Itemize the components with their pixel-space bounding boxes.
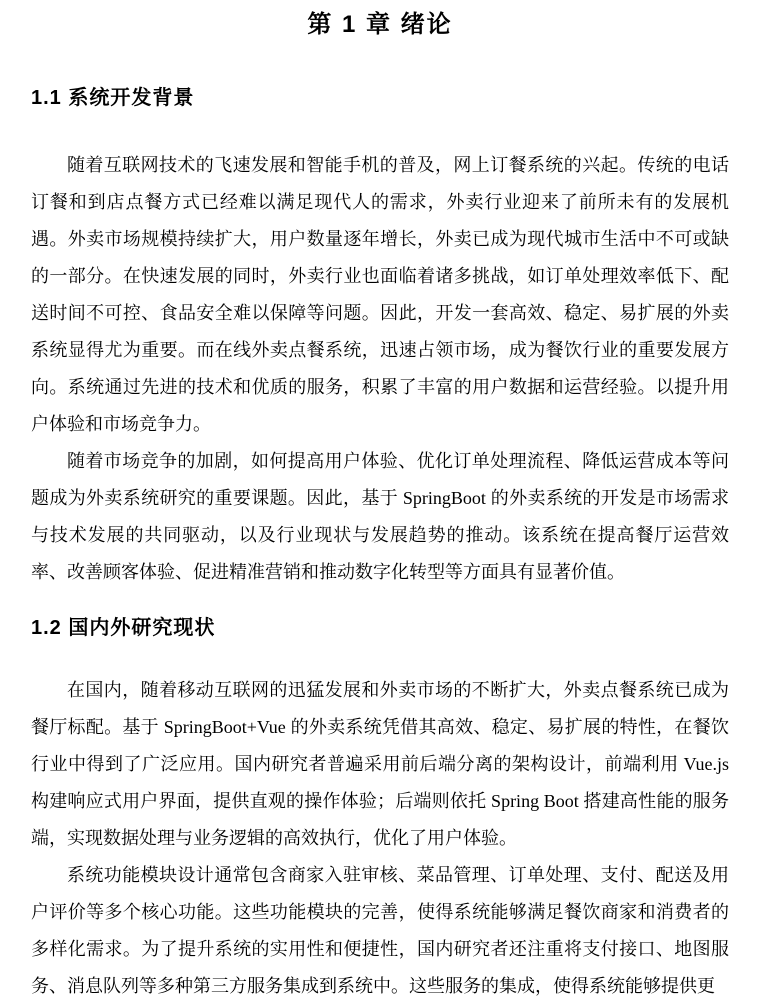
chapter-title: 第 1 章 绪论 (31, 8, 729, 42)
paragraph-research-2: 系统功能模块设计通常包含商家入驻审核、菜品管理、订单处理、支付、配送及用户评价等… (31, 857, 729, 1001)
paragraph-background-1: 随着互联网技术的飞速发展和智能手机的普及，网上订餐系统的兴起。传统的电话订餐和到… (31, 147, 729, 443)
paragraph-background-2: 随着市场竞争的加剧，如何提高用户体验、优化订单处理流程、降低运营成本等问题成为外… (31, 443, 729, 591)
section-heading-1-2: 1.2 国内外研究现状 (31, 614, 729, 642)
section-heading-1-1: 1.1 系统开发背景 (31, 84, 729, 112)
paragraph-research-1: 在国内，随着移动互联网的迅猛发展和外卖市场的不断扩大，外卖点餐系统已成为餐厅标配… (31, 672, 729, 857)
document-page: 第 1 章 绪论 1.1 系统开发背景 随着互联网技术的飞速发展和智能手机的普及… (0, 8, 760, 1001)
